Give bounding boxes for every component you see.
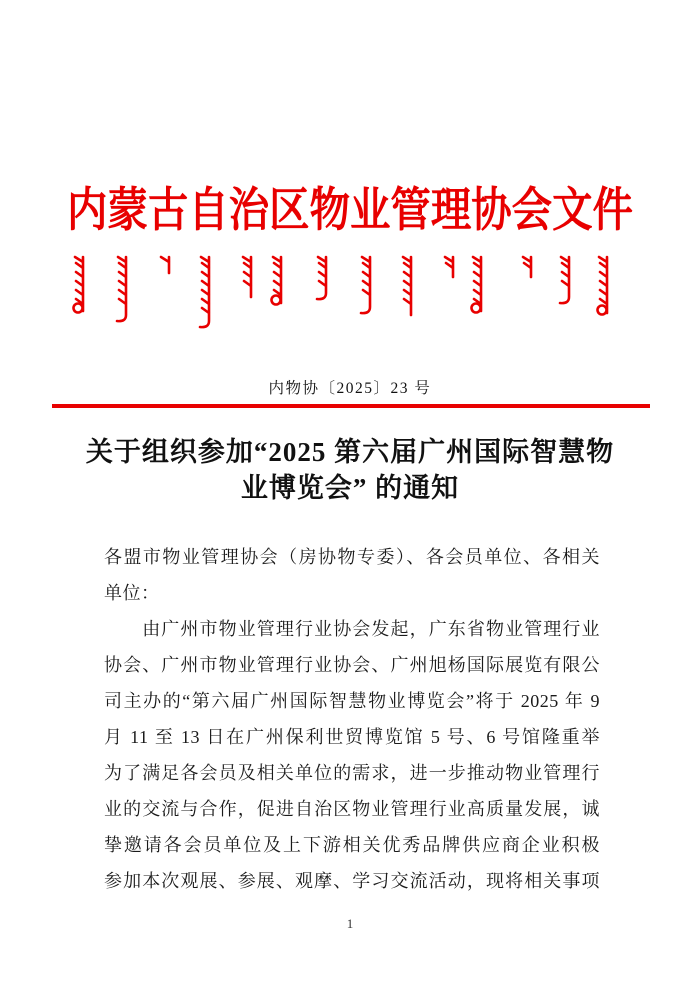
masthead: 内蒙古自治区物业管理协会文件	[0, 183, 700, 239]
red-divider-rule	[52, 404, 650, 408]
mongolian-glyph	[268, 253, 292, 315]
notice-title-line2: 业博览会” 的通知	[55, 470, 645, 506]
body-line: 参加本次观展、参展、观摩、学习交流活动，现将相关事项	[104, 863, 600, 899]
mongolian-glyph	[70, 253, 94, 323]
mongolian-glyph	[156, 253, 180, 285]
mongolian-glyph	[594, 253, 618, 325]
mongolian-glyph	[113, 253, 137, 327]
mongolian-glyph	[313, 253, 337, 305]
document-number: 内物协〔2025〕23 号	[0, 379, 700, 399]
mongolian-glyph	[518, 253, 542, 289]
document-page: 内蒙古自治区物业管理协会文件 内物协〔2025〕23 号 关于组织参加“2025…	[0, 0, 700, 990]
mongolian-script-row	[0, 253, 700, 331]
body-paragraphs: 各盟市物业管理协会（房协物专委）、各会员单位、各相关单位： 由广州市物业管理行业…	[104, 539, 600, 899]
body-line: 挚邀请各会员单位及上下游相关优秀品牌供应商企业积极	[104, 827, 600, 863]
mongolian-glyph	[556, 253, 580, 309]
notice-title: 关于组织参加“2025 第六届广州国际智慧物 业博览会” 的通知	[55, 434, 645, 506]
masthead-org-title: 内蒙古自治区物业管理协会文件	[67, 183, 633, 239]
page-number: 1	[0, 916, 700, 932]
notice-title-line1: 关于组织参加“2025 第六届广州国际智慧物	[55, 434, 645, 470]
mongolian-glyph	[238, 253, 262, 309]
body-line: 单位：	[104, 575, 600, 611]
mongolian-glyph	[196, 253, 220, 333]
mongolian-glyph	[398, 253, 422, 327]
mongolian-glyph	[468, 253, 492, 323]
body-line: 月 11 至 13 日在广州保利世贸博览馆 5 号、6 号馆隆重举行。	[104, 719, 600, 755]
body-line: 各盟市物业管理协会（房协物专委）、各会员单位、各相关	[104, 539, 600, 575]
mongolian-glyph	[357, 253, 381, 319]
body-line: 司主办的“第六届广州国际智慧物业博览会”将于 2025 年 9	[104, 683, 600, 719]
mongolian-glyph	[440, 253, 464, 289]
body-line: 协会、广州市物业管理行业协会、广州旭杨国际展览有限公	[104, 647, 600, 683]
body-line: 业的交流与合作，促进自治区物业管理行业高质量发展，诚	[104, 791, 600, 827]
body-line: 为了满足各会员及相关单位的需求，进一步推动物业管理行	[104, 755, 600, 791]
body-line: 由广州市物业管理行业协会发起，广东省物业管理行业	[104, 611, 600, 647]
